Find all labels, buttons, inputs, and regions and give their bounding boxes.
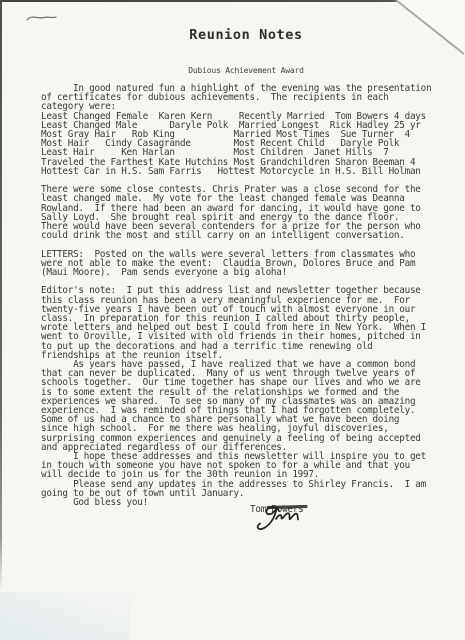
document-title: Reunion Notes xyxy=(41,27,451,43)
handwritten-signature-icon xyxy=(246,500,330,542)
document-body: Reunion Notes Dubious Achievement Award … xyxy=(0,27,465,515)
paragraph-closing: I hope these addresses and this newslett… xyxy=(41,452,451,507)
document-subtitle: Dubious Achievement Award xyxy=(41,66,451,75)
intro-paragraph: In good natured fun a highlight of the e… xyxy=(41,84,451,112)
paragraph-as-years: As years have passed, I have realized th… xyxy=(41,360,451,452)
paragraph-close-contests: There were some close contests. Chris Pr… xyxy=(41,185,451,240)
scan-squiggle-mark-icon xyxy=(26,12,58,24)
paragraph-editors-note: Editor's note: I put this address list a… xyxy=(41,286,451,360)
paragraph-letters: LETTERS: Posted on the walls were severa… xyxy=(41,250,451,278)
awards-table: Least Changed Female Karen Kern Recently… xyxy=(41,112,451,176)
scanned-document-page: Reunion Notes Dubious Achievement Award … xyxy=(0,0,465,640)
scan-tint-artifact xyxy=(0,592,130,640)
